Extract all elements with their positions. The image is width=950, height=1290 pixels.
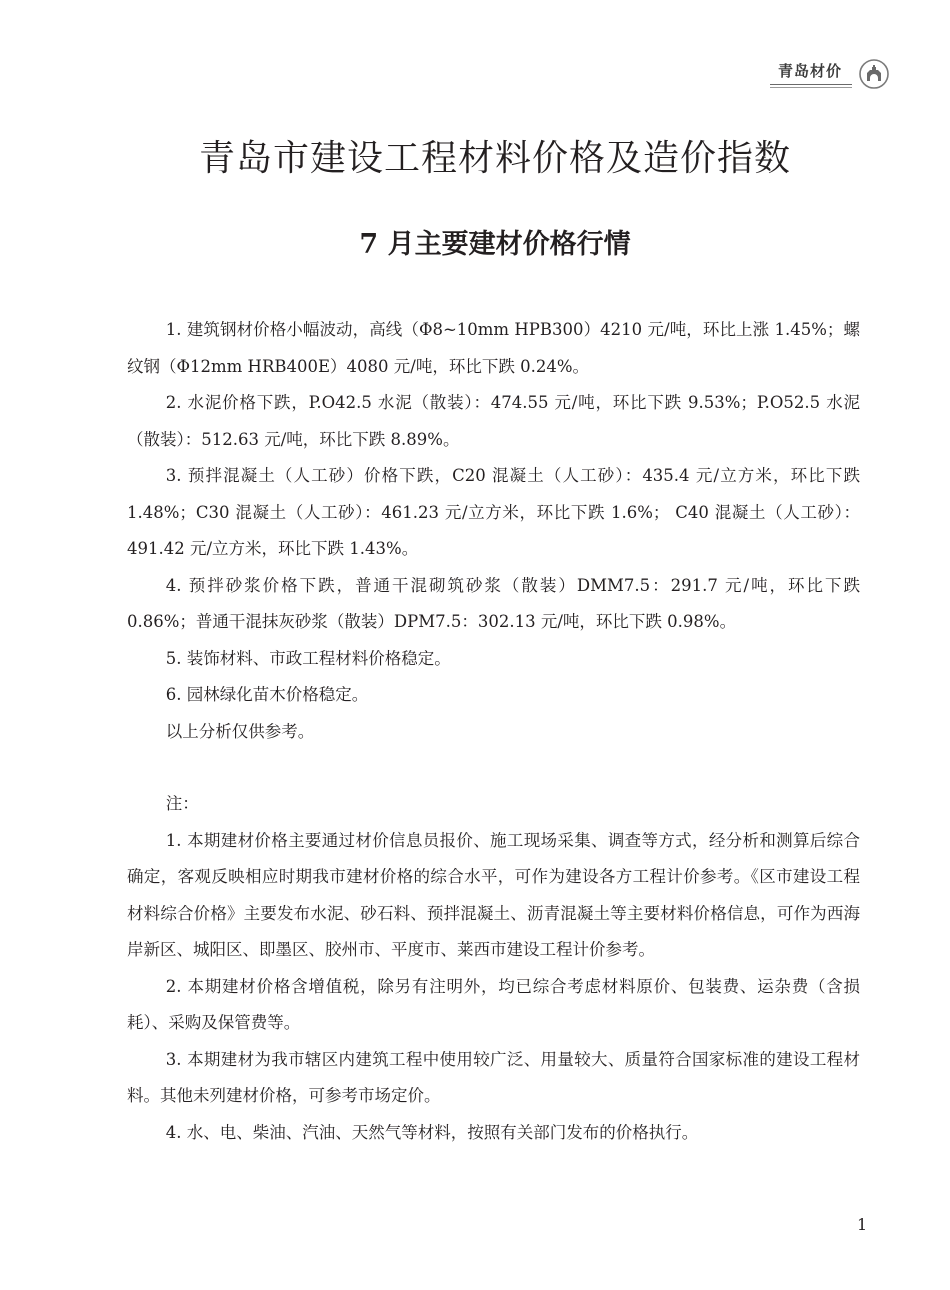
market-item-steel: 1. 建筑钢材价格小幅波动，高线（Φ8~10mm HPB300）4210 元/吨… <box>127 312 860 385</box>
page-title: 青岛市建设工程材料价格及造价指数 <box>0 130 950 181</box>
note-item: 3. 本期建材为我市辖区内建筑工程中使用较广泛、用量较大、质量符合国家标准的建设… <box>127 1042 860 1115</box>
analysis-disclaimer: 以上分析仅供参考。 <box>127 714 860 751</box>
market-item-landscaping: 6. 园林绿化苗木价格稳定。 <box>127 677 860 714</box>
qingdao-building-emblem-icon <box>858 58 890 90</box>
note-item: 2. 本期建材价格含增值税，除另有注明外，均已综合考虑材料原价、包装费、运杂费（… <box>127 969 860 1042</box>
document-body: 1. 建筑钢材价格小幅波动，高线（Φ8~10mm HPB300）4210 元/吨… <box>127 312 860 1151</box>
section-gap <box>127 750 860 786</box>
market-item-concrete: 3. 预拌混凝土（人工砂）价格下跌，C20 混凝土（人工砂）：435.4 元/立… <box>127 458 860 568</box>
note-item: 1. 本期建材价格主要通过材价信息员报价、施工现场采集、调查等方式，经分析和测算… <box>127 823 860 969</box>
market-item-cement: 2. 水泥价格下跌，P.O42.5 水泥（散装）：474.55 元/吨，环比下跌… <box>127 385 860 458</box>
running-header-title: 青岛材价 <box>778 60 842 81</box>
page-number: 1 <box>857 1215 867 1234</box>
market-item-decoration: 5. 装饰材料、市政工程材料价格稳定。 <box>127 641 860 678</box>
section-subtitle: 7 月主要建材价格行情 <box>0 222 950 261</box>
note-item: 4. 水、电、柴油、汽油、天然气等材料，按照有关部门发布的价格执行。 <box>127 1115 860 1152</box>
header-rule <box>770 87 852 88</box>
market-item-mortar: 4. 预拌砂浆价格下跌，普通干混砌筑砂浆（散装）DMM7.5：291.7 元/吨… <box>127 568 860 641</box>
notes-label: 注： <box>127 786 860 823</box>
header-rule <box>770 84 852 85</box>
